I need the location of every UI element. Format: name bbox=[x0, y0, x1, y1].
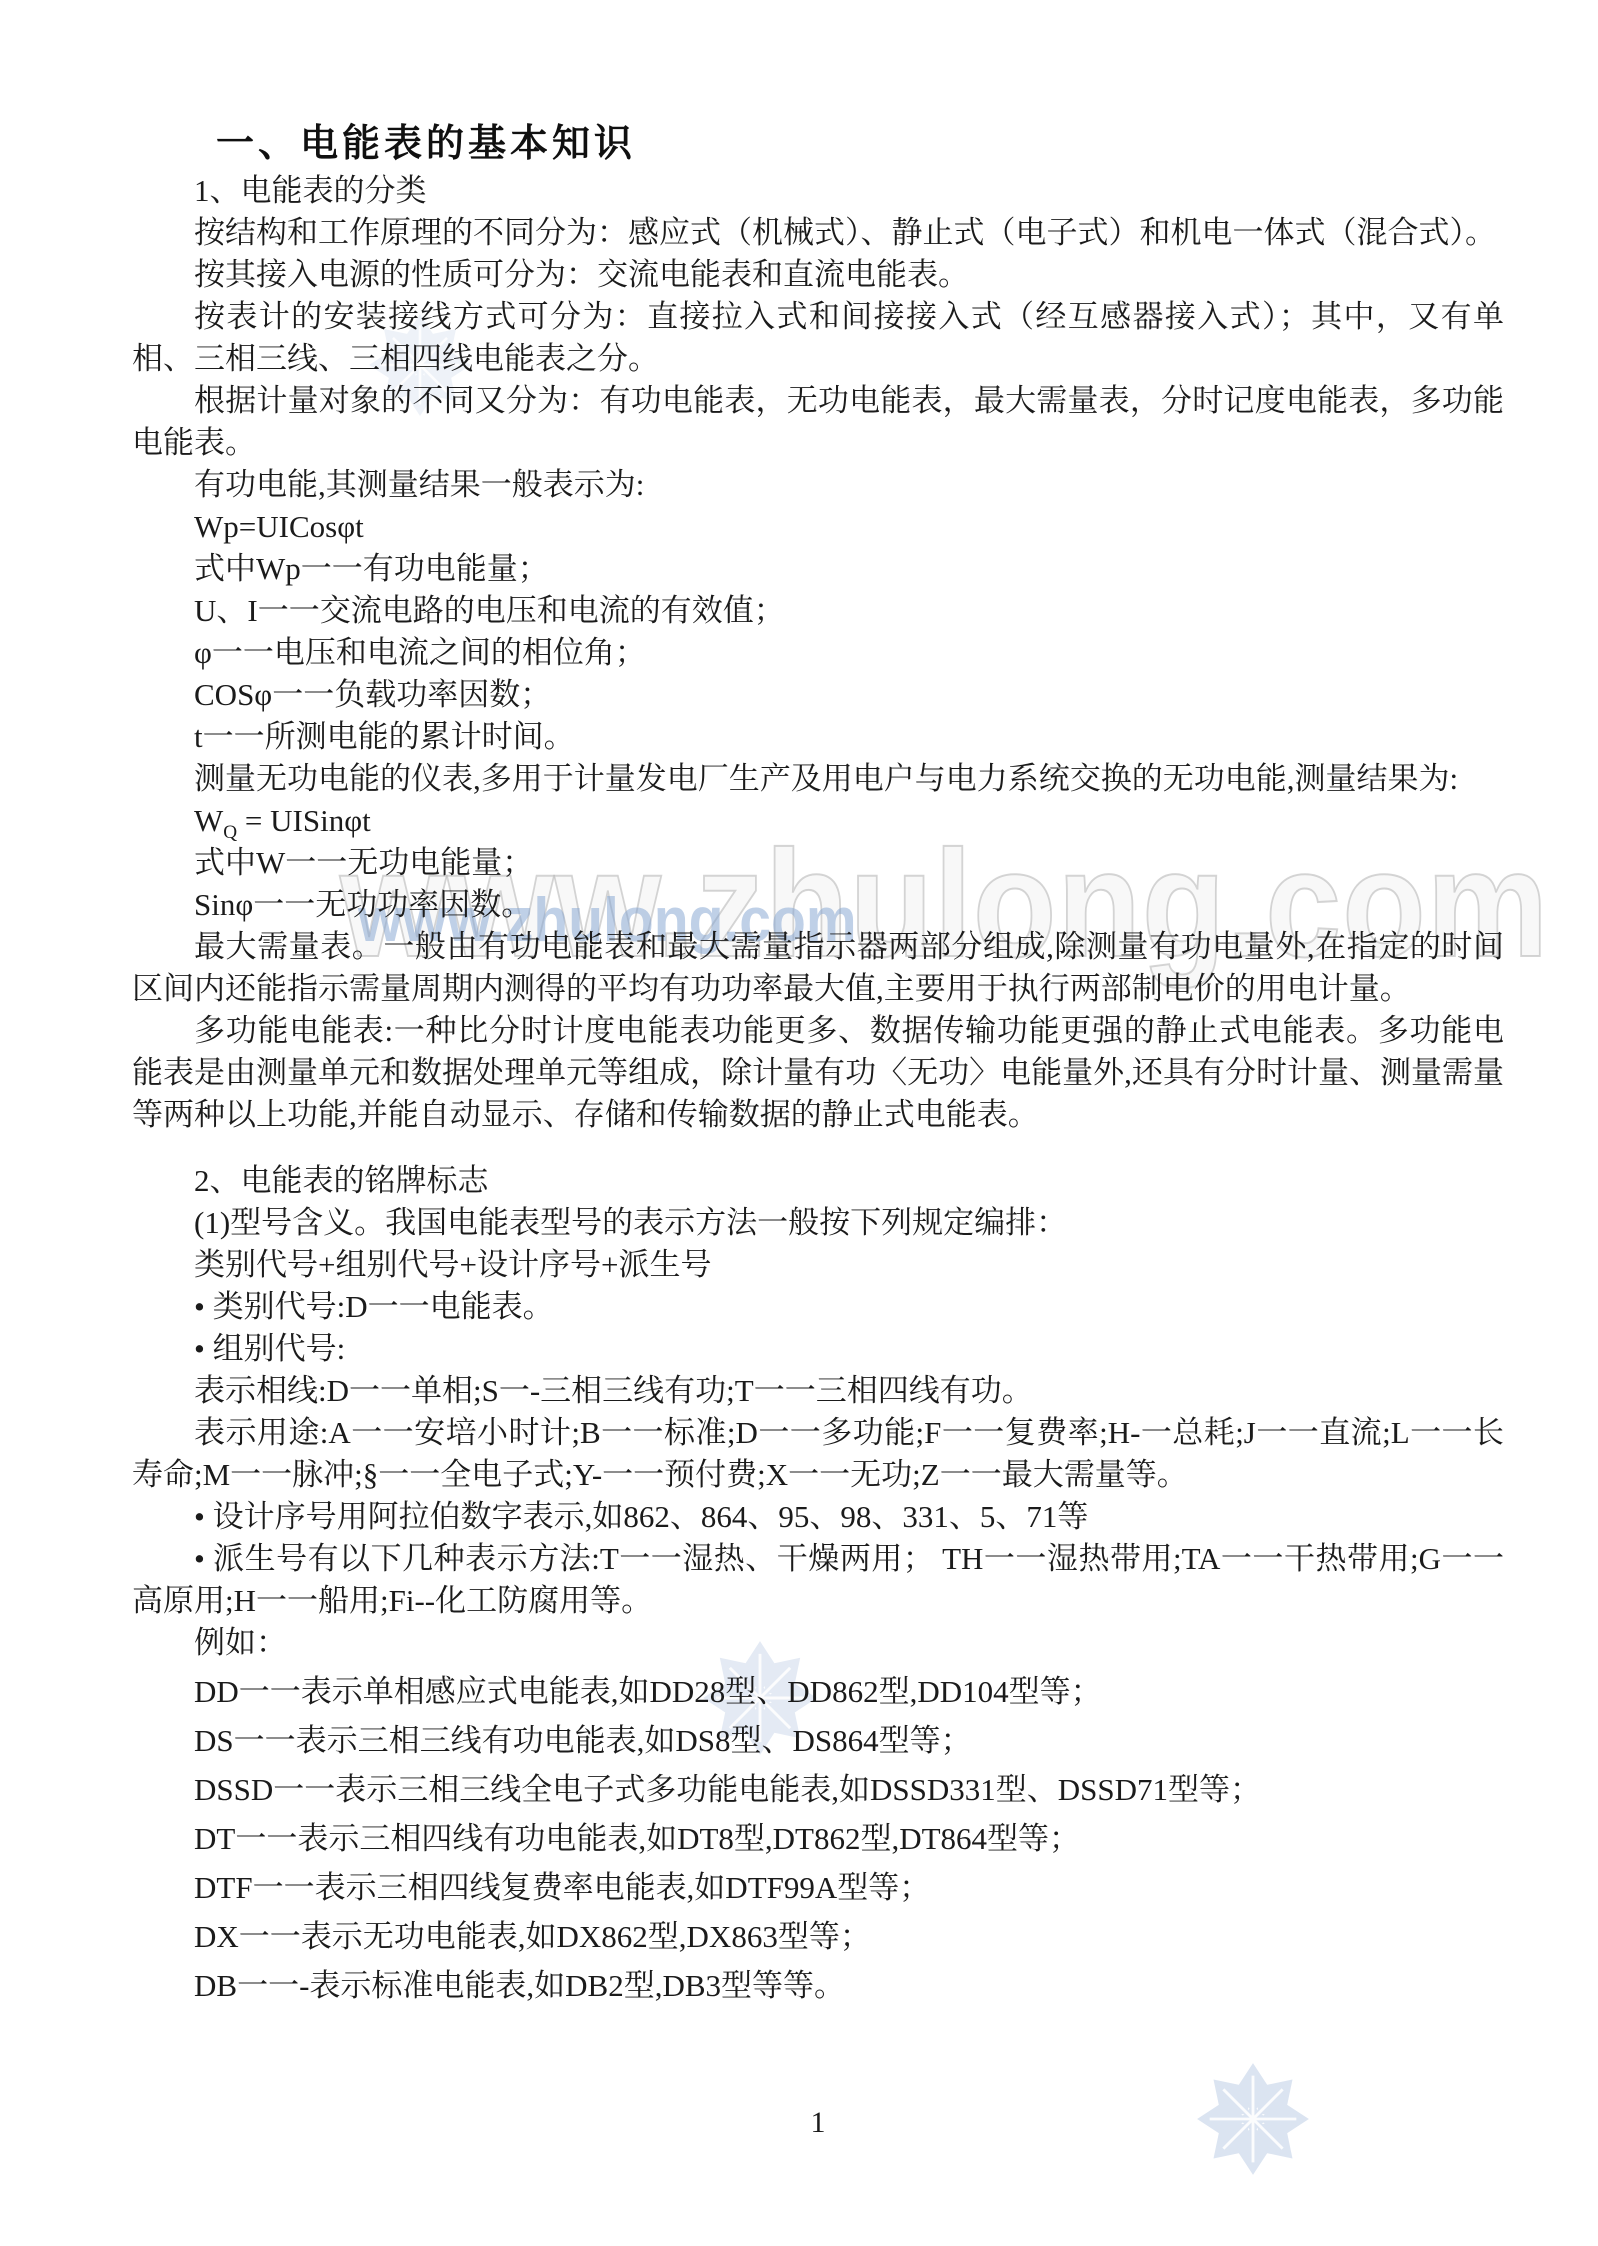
paragraph-line: t一一所测电能的累计时间。 bbox=[132, 716, 1504, 758]
paragraph-line: DB一一-表示标准电能表,如DB2型,DB3型等等。 bbox=[132, 1965, 1504, 2007]
paragraph-line: • 设计序号用阿拉伯数字表示,如862、864、95、98、331、5、71等 bbox=[132, 1496, 1504, 1538]
paragraph-line: DT一一表示三相四线有功电能表,如DT8型,DT862型,DT864型等； bbox=[132, 1818, 1504, 1860]
paragraph-line: DX一一表示无功电能表,如DX862型,DX863型等； bbox=[132, 1916, 1504, 1958]
page-title: 一、电能表的基本知识 bbox=[216, 118, 1504, 170]
paragraph-line: 式中Wp一一有功电能量； bbox=[132, 548, 1504, 590]
paragraph-line: • 派生号有以下几种表示方法:T一一湿热、干燥两用； TH一一湿热带用;TA一一… bbox=[132, 1538, 1504, 1622]
paragraph-line: 表示相线:D一一单相;S一-三相三线有功;T一一三相四线有功。 bbox=[132, 1370, 1504, 1412]
paragraph-line: DSSD一一表示三相三线全电子式多功能电能表,如DSSD331型、DSSD71型… bbox=[132, 1769, 1504, 1811]
paragraph-line: 类别代号+组别代号+设计序号+派生号 bbox=[132, 1244, 1504, 1286]
paragraph-line: DD一一表示单相感应式电能表,如DD28型、DD862型,DD104型等； bbox=[132, 1671, 1504, 1713]
paragraph-line: • 组别代号: bbox=[132, 1328, 1504, 1370]
paragraph-line: Sinφ一一无功功率因数。 bbox=[132, 884, 1504, 926]
paragraph-line: DTF一一表示三相四线复费率电能表,如DTF99A型等； bbox=[132, 1867, 1504, 1909]
paragraph-line: WQ = UISinφt bbox=[132, 800, 1504, 842]
paragraph-line: φ一一电压和电流之间的相位角； bbox=[132, 632, 1504, 674]
document-page: www.zhulong.com www.zhulong.com bbox=[0, 0, 1598, 2246]
paragraph-line: 按其接入电源的性质可分为：交流电能表和直流电能表。 bbox=[132, 254, 1504, 296]
paragraph-list: 1、电能表的分类按结构和工作原理的不同分为：感应式（机械式）、静止式（电子式）和… bbox=[132, 170, 1504, 2007]
paragraph-line: 2、电能表的铭牌标志 bbox=[132, 1160, 1504, 1202]
paragraph-line: Wp=UICosφt bbox=[132, 506, 1504, 548]
paragraph-line: U、I一一交流电路的电压和电流的有效值； bbox=[132, 590, 1504, 632]
paragraph-line: DS一一表示三相三线有功电能表,如DS8型、DS864型等； bbox=[132, 1720, 1504, 1762]
paragraph-line: 按表计的安装接线方式可分为：直接拉入式和间接接入式（经互感器接入式）；其中，又有… bbox=[132, 296, 1504, 380]
page-number: 1 bbox=[132, 2102, 1504, 2144]
paragraph-line: 式中W一一无功电能量； bbox=[132, 842, 1504, 884]
paragraph-line: 例如： bbox=[132, 1622, 1504, 1664]
paragraph-line: 最大需量表。一般由有功电能表和最大需量指示器两部分组成,除测量有功电量外,在指定… bbox=[132, 926, 1504, 1010]
paragraph-line: 按结构和工作原理的不同分为：感应式（机械式）、静止式（电子式）和机电一体式（混合… bbox=[132, 212, 1504, 254]
paragraph-line: 有功电能,其测量结果一般表示为: bbox=[132, 464, 1504, 506]
paragraph-line: COSφ一一负载功率因数； bbox=[132, 674, 1504, 716]
paragraph-line: 测量无功电能的仪表,多用于计量发电厂生产及用电户与电力系统交换的无功电能,测量结… bbox=[132, 758, 1504, 800]
paragraph-line: 多功能电能表:一种比分时计度电能表功能更多、数据传输功能更强的静止式电能表。多功… bbox=[132, 1010, 1504, 1136]
document-content: 一、电能表的基本知识 1、电能表的分类按结构和工作原理的不同分为：感应式（机械式… bbox=[132, 118, 1504, 2007]
paragraph-line: • 类别代号:D一一电能表。 bbox=[132, 1286, 1504, 1328]
paragraph-line: 表示用途:A一一安培小时计;B一一标准;D一一多功能;F一一复费率;H-一总耗;… bbox=[132, 1412, 1504, 1496]
paragraph-line: (1)型号含义。我国电能表型号的表示方法一般按下列规定编排： bbox=[132, 1202, 1504, 1244]
paragraph-line: 1、电能表的分类 bbox=[132, 170, 1504, 212]
paragraph-line: 根据计量对象的不同又分为：有功电能表，无功电能表，最大需量表，分时记度电能表，多… bbox=[132, 380, 1504, 464]
